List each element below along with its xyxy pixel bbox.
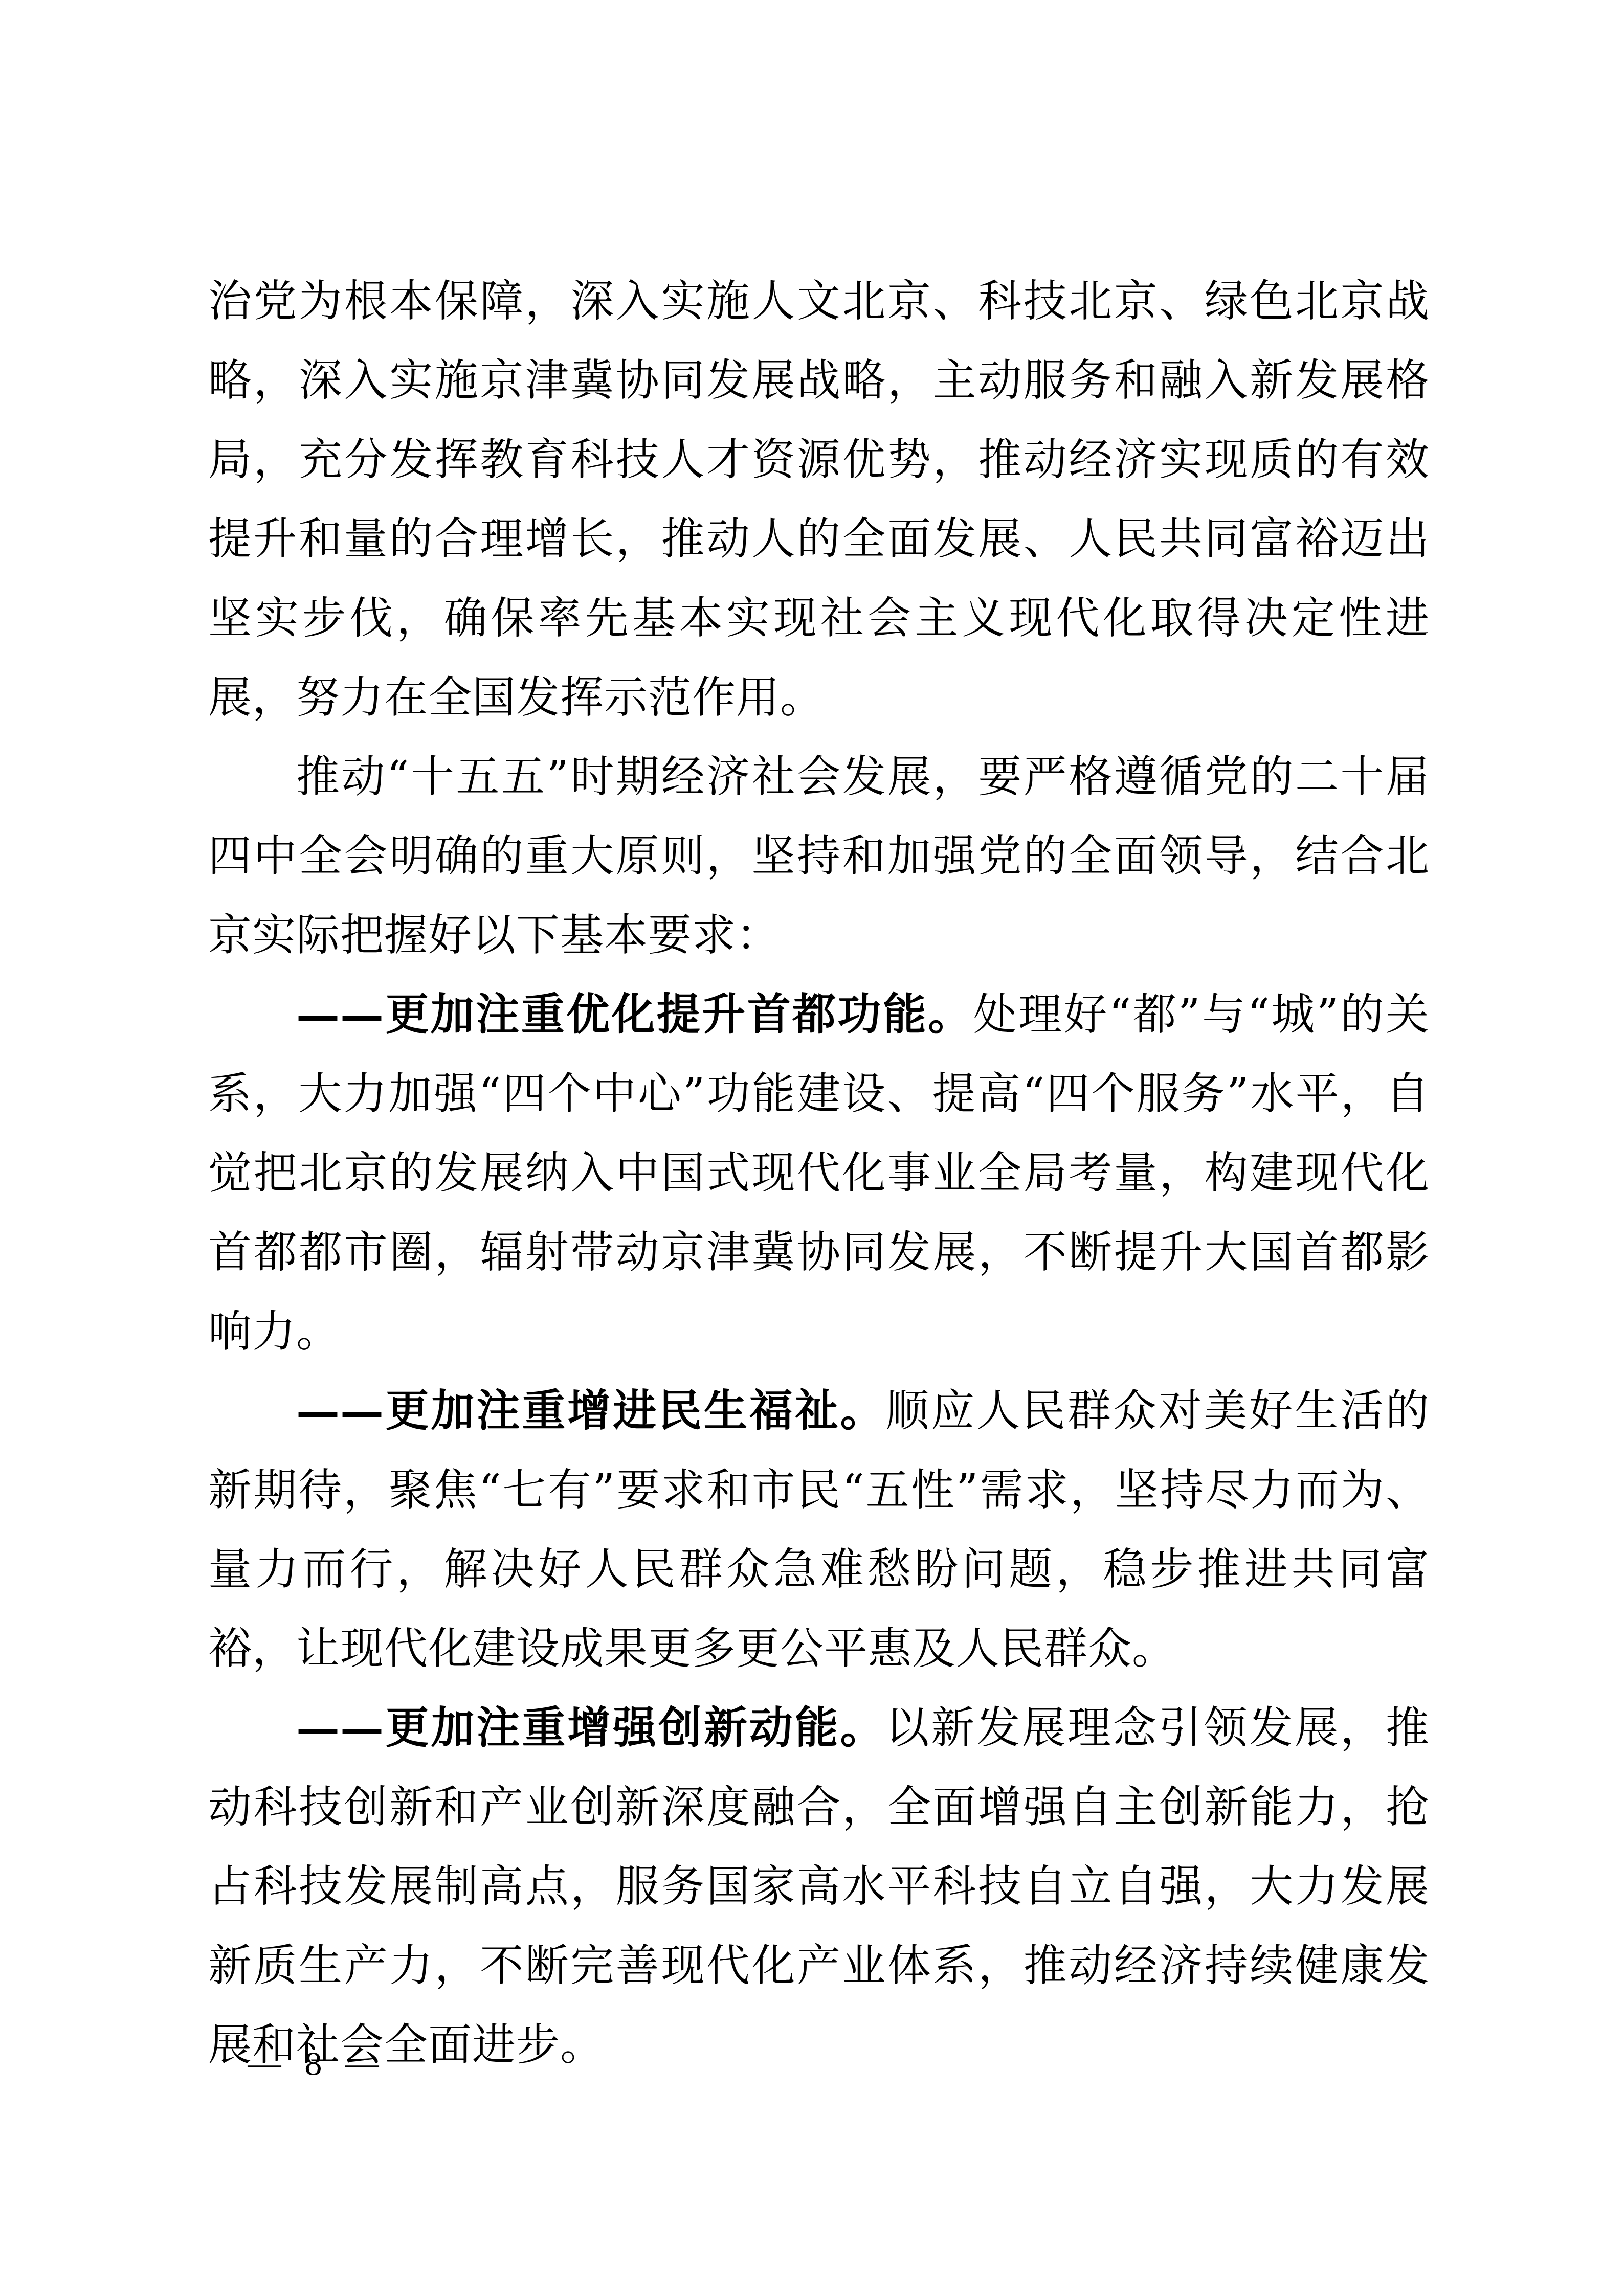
document-page: 治党为根本保障，深入实施人文北京、科技北京、绿色北京战略，深入实施京津冀协同发展…: [0, 0, 1624, 2296]
paragraph-capital-functions: ——更加注重优化提升首都功能。处理好“都”与“城”的关系，大力加强“四个中心”功…: [208, 975, 1430, 1371]
paragraph-innovation-text: 以新发展理念引领发展，推动科技创新和产业创新深度融合，全面增强自主创新能力，抢占…: [208, 1703, 1430, 2070]
paragraph-capital-functions-text: 处理好“都”与“城”的关系，大力加强“四个中心”功能建设、提高“四个服务”水平，…: [208, 989, 1430, 1357]
paragraph-innovation-lead: ——更加注重增强创新动能。: [296, 1702, 885, 1753]
footer-left-dash: —: [246, 2046, 283, 2082]
paragraph-capital-functions-lead: ——更加注重优化提升首都功能。: [296, 989, 973, 1040]
paragraph-basic-requirements: 推动“十五五”时期经济社会发展，要严格遵循党的二十届四中全会明确的重大原则，坚持…: [208, 737, 1430, 975]
paragraph-continuation: 治党为根本保障，深入实施人文北京、科技北京、绿色北京战略，深入实施京津冀协同发展…: [208, 262, 1430, 737]
document-body: 治党为根本保障，深入实施人文北京、科技北京、绿色北京战略，深入实施京津冀协同发展…: [208, 262, 1430, 2085]
paragraph-livelihood-lead: ——更加注重增进民生福祉。: [296, 1385, 885, 1436]
page-number: 8: [304, 2046, 323, 2082]
paragraph-livelihood: ——更加注重增进民生福祉。顺应人民群众对美好生活的新期待，聚焦“七有”要求和市民…: [208, 1371, 1430, 1689]
paragraph-basic-requirements-text: 推动“十五五”时期经济社会发展，要严格遵循党的二十届四中全会明确的重大原则，坚持…: [208, 752, 1430, 961]
paragraph-innovation: ——更加注重增强创新动能。以新发展理念引领发展，推动科技创新和产业创新深度融合，…: [208, 1689, 1430, 2085]
paragraph-continuation-text: 治党为根本保障，深入实施人文北京、科技北京、绿色北京战略，深入实施京津冀协同发展…: [208, 276, 1430, 723]
footer-right-dash: —: [344, 2046, 381, 2082]
page-footer: — 8 —: [250, 2046, 377, 2082]
